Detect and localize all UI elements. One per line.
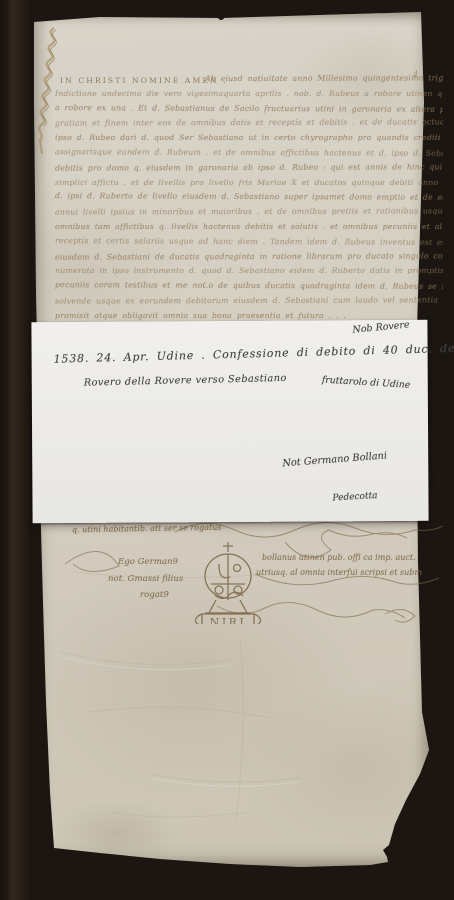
manuscript-line: gratiam et finem inter eos de omnibus da…	[55, 116, 443, 132]
slip-date-line: 1538. 24. Apr. Udine . Confessione di de…	[53, 341, 454, 366]
manuscript-line: receptis et certis salariis usque ad han…	[55, 234, 443, 250]
manuscript-line: Ab eiusd natiuitate anno Millesimo quing…	[55, 72, 443, 87]
manuscript-line: numerata in ipso instrumento d. quod d. …	[55, 264, 443, 279]
manuscript-line: Indictione undecima die vero vigesimaqua…	[55, 87, 443, 102]
manuscript-text-block: Ab eiusd natiuitate anno Millesimo quing…	[55, 72, 443, 324]
manuscript-line: pecuniis coram testibus et me not.o de q…	[55, 278, 443, 294]
photo-of-parchment-document: 4 IN CHRISTI NOMINE AMEN . Ab eiusd nati…	[0, 0, 454, 900]
slip-parties-line-continued: fruttarolo di Udine	[322, 375, 411, 391]
slip-corner-note: Nob Rovere	[352, 319, 410, 335]
manuscript-line: omnibus tam affictibus q. livellis hacte…	[55, 220, 443, 235]
manuscript-line: eiusdem d. Sebastiani de ducatis quadrag…	[55, 249, 443, 265]
manuscript-line: annui livelli ipsius in minoribus et mai…	[55, 204, 443, 220]
notary-signature: Not Germano Bollani	[282, 450, 387, 469]
binding-spine	[0, 0, 32, 900]
manuscript-line: debitis pro domo q. eiusdem in garonaria…	[55, 160, 443, 176]
slip-parties-line: Rovero della Rovere verso Sebastiano	[84, 373, 287, 389]
manuscript-line: solvende usque ex eorundem debitorum eiu…	[55, 293, 443, 309]
manuscript-line: ipso d. Rubeo dari d. quod Ser Sebastian…	[55, 131, 443, 146]
slip-secondary-signature: Pedecotta	[332, 491, 378, 504]
manuscript-line: assignarisque eundem d. Rubeum . et de o…	[55, 145, 443, 161]
manuscript-line: simplici affictu . et de livellis pro li…	[55, 176, 443, 191]
archival-slip: Nob Rovere 1538. 24. Apr. Udine . Confes…	[31, 320, 428, 523]
